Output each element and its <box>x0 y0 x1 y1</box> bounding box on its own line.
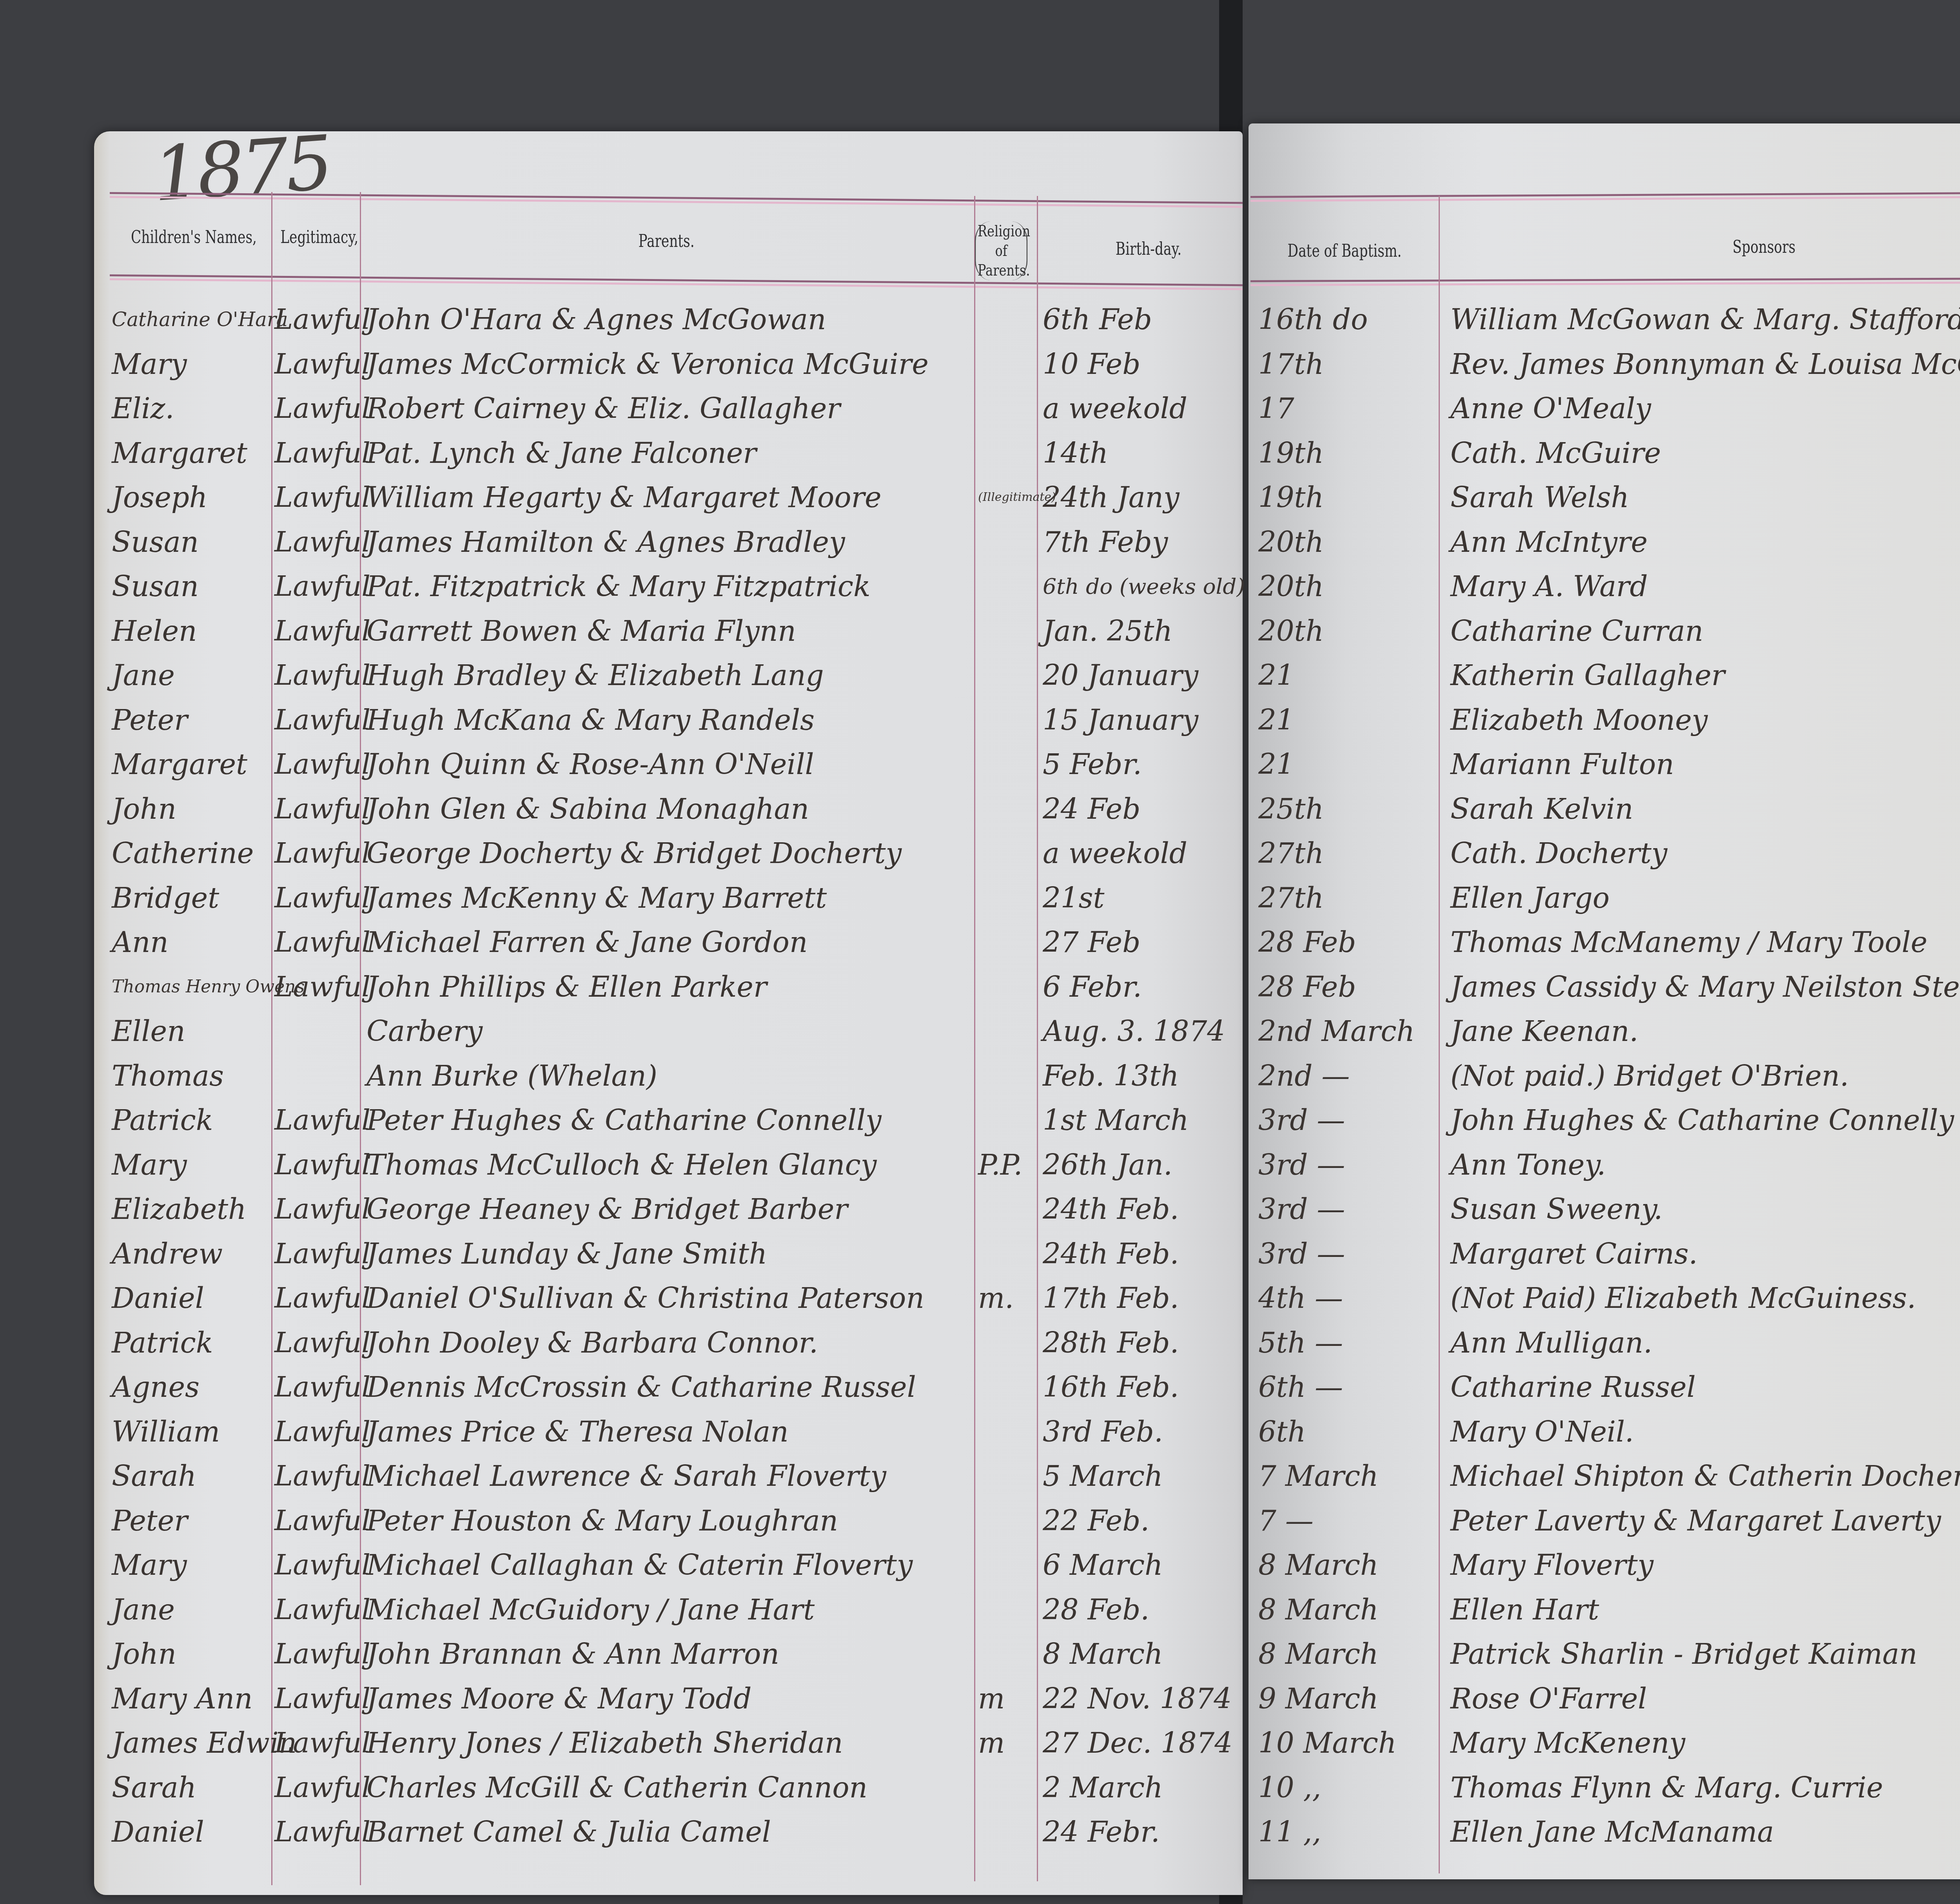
cell-parents: Michael Farren & Jane Gordon <box>367 925 808 960</box>
cell-child-name: Margaret <box>112 747 247 782</box>
cell-baptism-date: 20th <box>1258 524 1324 560</box>
cell-parents: Daniel O'Sullivan & Christina Paterson <box>367 1280 924 1316</box>
cell-child-name: Thomas <box>112 1058 224 1093</box>
cell-baptism-date: 3rd — <box>1258 1236 1345 1271</box>
cell-birthday: 5 Febr. <box>1043 747 1142 782</box>
cell-parents: Peter Houston & Mary Loughran <box>367 1503 838 1538</box>
cell-parents: Michael McGuidory / Jane Hart <box>367 1592 815 1627</box>
cell-parents: Dennis McCrossin & Catharine Russel <box>367 1369 916 1405</box>
cell-baptism-date: 3rd — <box>1258 1191 1345 1227</box>
cell-parents: John Dooley & Barbara Connor. <box>367 1325 818 1360</box>
cell-parents: John Brannan & Ann Marron <box>367 1636 779 1672</box>
header-religion-line2: of <box>978 241 1025 261</box>
cell-legitimacy: Lawful <box>274 836 370 871</box>
cell-birthday: 2 March <box>1043 1770 1163 1805</box>
cell-birthday: a weekold <box>1043 836 1187 871</box>
cell-birthday: 22 Nov. 1874 <box>1043 1681 1232 1716</box>
cell-parents: John Glen & Sabina Monaghan <box>367 791 809 827</box>
cell-birthday: 27 Feb <box>1043 925 1140 960</box>
cell-parents: James McKenny & Mary Barrett <box>367 880 827 916</box>
cell-parents: James Price & Theresa Nolan <box>367 1414 789 1449</box>
cell-sponsors: Cath. Docherty <box>1450 836 1668 871</box>
cell-parents: Hugh Bradley & Elizabeth Lang <box>367 658 824 693</box>
cell-parents: George Heaney & Bridget Barber <box>367 1191 848 1227</box>
cell-legitimacy: Lawful <box>274 524 370 560</box>
cell-birthday: 27 Dec. 1874 <box>1043 1725 1232 1761</box>
cell-baptism-date: 27th <box>1258 880 1324 916</box>
cell-child-name: Helen <box>112 613 197 649</box>
cell-sponsors: Mary A. Ward <box>1450 569 1648 604</box>
cell-parents: James McCormick & Veronica McGuire <box>367 346 929 382</box>
cell-legitimacy: Lawful <box>274 1325 370 1360</box>
cell-parents: Hugh McKana & Mary Randels <box>367 702 815 738</box>
cell-birthday: 17th Feb. <box>1043 1280 1179 1316</box>
cell-parents: Peter Hughes & Catharine Connelly <box>367 1103 882 1138</box>
cell-sponsors: Anne O'Mealy <box>1450 391 1651 426</box>
cell-legitimacy: Lawful <box>274 1147 370 1182</box>
cell-parents: James Lunday & Jane Smith <box>367 1236 767 1271</box>
cell-child-name: Peter <box>112 1503 188 1538</box>
cell-baptism-date: 25th <box>1258 791 1324 827</box>
cell-child-name: Patrick <box>112 1325 213 1360</box>
cell-legitimacy: Lawful <box>274 1280 370 1316</box>
cell-baptism-date: 8 March <box>1258 1592 1378 1627</box>
cell-sponsors: Mariann Fulton <box>1450 747 1674 782</box>
cell-birthday: 5 March <box>1043 1458 1163 1494</box>
cell-parents: Michael Callaghan & Caterin Floverty <box>367 1547 913 1583</box>
cell-parents: Ann Burke (Whelan) <box>367 1058 657 1093</box>
cell-sponsors: Patrick Sharlin - Bridget Kaiman <box>1450 1636 1917 1672</box>
cell-sponsors: (Not Paid) Elizabeth McGuiness. <box>1450 1280 1916 1316</box>
cell-birthday: 14th <box>1043 435 1108 471</box>
cell-parents: William Hegarty & Margaret Moore <box>367 480 882 515</box>
header-birthday: Birth-day. <box>1103 239 1194 259</box>
col-line-religion <box>974 196 975 1881</box>
cell-sponsors: Mary Floverty <box>1450 1547 1653 1583</box>
cell-child-name: Patrick <box>112 1103 213 1138</box>
cell-parents: John Quinn & Rose-Ann O'Neill <box>367 747 814 782</box>
cell-baptism-date: 8 March <box>1258 1636 1378 1672</box>
cell-religion: m <box>978 1725 1005 1761</box>
cell-legitimacy: Lawful <box>274 925 370 960</box>
cell-birthday: 28th Feb. <box>1043 1325 1179 1360</box>
cell-sponsors: John Hughes & Catharine Connelly <box>1450 1103 1954 1138</box>
cell-legitimacy: Lawful <box>274 1191 370 1227</box>
cell-sponsors: Margaret Cairns. <box>1450 1236 1698 1271</box>
register-year: 1875 <box>150 120 333 218</box>
cell-birthday: 24th Feb. <box>1043 1236 1179 1271</box>
cell-legitimacy: Lawful <box>274 880 370 916</box>
cell-baptism-date: 10 ,, <box>1258 1770 1321 1805</box>
cell-legitimacy: Lawful <box>274 1636 370 1672</box>
cell-sponsors: Sarah Kelvin <box>1450 791 1633 827</box>
cell-birthday: 6th Feb <box>1043 302 1152 337</box>
cell-baptism-date: 21 <box>1258 658 1294 693</box>
cell-baptism-date: 20th <box>1258 613 1324 649</box>
cell-birthday: 24th Jany <box>1043 480 1180 515</box>
cell-sponsors: Ellen Jane McManama <box>1450 1814 1774 1850</box>
header-date-of-baptism: Date of Baptism. <box>1280 241 1409 261</box>
cell-child-name: Ann <box>112 925 169 960</box>
cell-child-name: Agnes <box>112 1369 200 1405</box>
cell-baptism-date: 27th <box>1258 836 1324 871</box>
cell-baptism-date: 9 March <box>1258 1681 1378 1716</box>
cell-sponsors: Mary O'Neil. <box>1450 1414 1634 1449</box>
cell-birthday: 24th Feb. <box>1043 1191 1179 1227</box>
header-legitimacy: Legitimacy, <box>280 227 350 247</box>
cell-baptism-date: 19th <box>1258 480 1324 515</box>
cell-legitimacy: Lawful <box>274 1503 370 1538</box>
cell-legitimacy: Lawful <box>274 791 370 827</box>
cell-baptism-date: 21 <box>1258 747 1294 782</box>
cell-legitimacy: Lawful <box>274 1681 370 1716</box>
cell-baptism-date: 4th — <box>1258 1280 1343 1316</box>
cell-child-name: John <box>112 791 176 827</box>
header-children-names: Children's Names, <box>131 227 253 247</box>
cell-sponsors: Ellen Hart <box>1450 1592 1599 1627</box>
cell-birthday: Jan. 25th <box>1043 613 1172 649</box>
cell-baptism-date: 7 March <box>1258 1458 1378 1494</box>
cell-birthday: 24 Febr. <box>1043 1814 1160 1850</box>
cell-birthday: 26th Jan. <box>1043 1147 1172 1182</box>
cell-child-name: Ellen <box>112 1014 185 1049</box>
cell-legitimacy: Lawful <box>274 1547 370 1583</box>
cell-child-name: Susan <box>112 569 199 604</box>
cell-legitimacy: Lawful <box>274 1458 370 1494</box>
cell-child-name: John <box>112 1636 176 1672</box>
cell-child-name: William <box>112 1414 220 1449</box>
cell-birthday: a weekold <box>1043 391 1187 426</box>
cell-legitimacy: Lawful <box>274 1103 370 1138</box>
cell-legitimacy: Lawful <box>274 1592 370 1627</box>
cell-sponsors: Catharine Russel <box>1450 1369 1696 1405</box>
cell-baptism-date: 17th <box>1258 346 1324 382</box>
cell-legitimacy: Lawful <box>274 480 370 515</box>
cell-baptism-date: 11 ,, <box>1258 1814 1321 1850</box>
cell-baptism-date: 19th <box>1258 435 1324 471</box>
cell-sponsors: Catharine Curran <box>1450 613 1703 649</box>
cell-birthday: 24 Feb <box>1043 791 1140 827</box>
cell-baptism-date: 28 Feb <box>1258 969 1356 1005</box>
cell-sponsors: Ellen Jargo <box>1450 880 1610 916</box>
cell-birthday: 8 March <box>1043 1636 1163 1672</box>
cell-parents: Carbery <box>367 1014 483 1049</box>
cell-baptism-date: 2nd March <box>1258 1014 1415 1049</box>
cell-sponsors: Ann Mulligan. <box>1450 1325 1652 1360</box>
cell-parents: James Hamilton & Agnes Bradley <box>367 524 845 560</box>
cell-sponsors: Mary McKeneny <box>1450 1725 1685 1761</box>
cell-child-name: Mary <box>112 346 187 382</box>
cell-child-name: Mary <box>112 1147 187 1182</box>
cell-baptism-date: 10 March <box>1258 1725 1396 1761</box>
cell-sponsors: Cath. McGuire <box>1450 435 1661 471</box>
cell-legitimacy: Lawful <box>274 346 370 382</box>
cell-baptism-date: 6th — <box>1258 1369 1343 1405</box>
cell-birthday: 20 January <box>1043 658 1198 693</box>
cell-legitimacy: Lawful <box>274 569 370 604</box>
cell-sponsors: Rose O'Farrel <box>1450 1681 1647 1716</box>
cell-sponsors: Elizabeth Mooney <box>1450 702 1708 738</box>
cell-parents: George Docherty & Bridget Docherty <box>367 836 902 871</box>
cell-sponsors: (Not paid.) Bridget O'Brien. <box>1450 1058 1849 1093</box>
cell-legitimacy: Lawful <box>274 1236 370 1271</box>
cell-religion: P.P. <box>978 1147 1022 1182</box>
cell-child-name: Sarah <box>112 1458 196 1494</box>
cell-parents: Thomas McCulloch & Helen Glancy <box>367 1147 877 1182</box>
cell-baptism-date: 8 March <box>1258 1547 1378 1583</box>
cell-legitimacy: Lawful <box>274 1770 370 1805</box>
cell-baptism-date: 16th do <box>1258 302 1368 337</box>
cell-sponsors: Thomas McManemy / Mary Toole <box>1450 925 1927 960</box>
header-religion-of-parents: Religion of Parents. <box>975 221 1027 280</box>
cell-legitimacy: Lawful <box>274 302 370 337</box>
cell-child-name: Mary Ann <box>112 1681 252 1716</box>
cell-legitimacy: Lawful <box>274 969 370 1005</box>
cell-legitimacy: Lawful <box>274 391 370 426</box>
cell-baptism-date: 20th <box>1258 569 1324 604</box>
cell-birthday: 10 Feb <box>1043 346 1140 382</box>
cell-birthday: 22 Feb. <box>1043 1503 1149 1538</box>
cell-parents: John Phillips & Ellen Parker <box>367 969 767 1005</box>
cell-parents: Charles McGill & Catherin Cannon <box>367 1770 867 1805</box>
cell-sponsors: Peter Laverty & Margaret Laverty <box>1450 1503 1941 1538</box>
cell-child-name: Sarah <box>112 1770 196 1805</box>
cell-baptism-date: 17 <box>1258 391 1294 426</box>
cell-child-name: Jane <box>112 658 175 693</box>
col-line-sponsors <box>1439 196 1440 1873</box>
cell-child-name: Margaret <box>112 435 247 471</box>
cell-child-name: Daniel <box>112 1280 204 1316</box>
cell-sponsors: Michael Shipton & Catherin Docherty <box>1450 1458 1960 1494</box>
cell-sponsors: James Cassidy & Mary Neilston Steel <box>1450 969 1960 1005</box>
cell-baptism-date: 5th — <box>1258 1325 1343 1360</box>
cell-child-name: Catharine O'Hara <box>112 302 288 337</box>
cell-sponsors: Jane Keenan. <box>1450 1014 1638 1049</box>
cell-child-name: Bridget <box>112 880 219 916</box>
cell-child-name: Joseph <box>112 480 207 515</box>
cell-legitimacy: Lawful <box>274 613 370 649</box>
cell-birthday: 6th do (weeks old) <box>1043 569 1245 604</box>
cell-legitimacy: Lawful <box>274 1369 370 1405</box>
cell-baptism-date: 6th <box>1258 1414 1306 1449</box>
cell-legitimacy: Lawful <box>274 1814 370 1850</box>
header-religion-line3: Parents. <box>978 261 1025 280</box>
cell-child-name: Elizabeth <box>112 1191 246 1227</box>
cell-child-name: Susan <box>112 524 199 560</box>
cell-birthday: 16th Feb. <box>1043 1369 1179 1405</box>
cell-birthday: 28 Feb. <box>1043 1592 1149 1627</box>
cell-sponsors: Thomas Flynn & Marg. Currie <box>1450 1770 1883 1805</box>
cell-legitimacy: Lawful <box>274 1414 370 1449</box>
cell-birthday: Aug. 3. 1874 <box>1043 1014 1225 1049</box>
cell-sponsors: Ann Toney. <box>1450 1147 1606 1182</box>
cell-parents: Barnet Camel & Julia Camel <box>367 1814 771 1850</box>
cell-legitimacy: Lawful <box>274 1725 370 1761</box>
cell-child-name: Catherine <box>112 836 254 871</box>
cell-sponsors: Ann McIntyre <box>1450 524 1648 560</box>
cell-parents: Michael Lawrence & Sarah Floverty <box>367 1458 886 1494</box>
cell-birthday: 15 January <box>1043 702 1198 738</box>
cell-birthday: 6 March <box>1043 1547 1163 1583</box>
cell-religion: m <box>978 1681 1005 1716</box>
cell-child-name: Peter <box>112 702 188 738</box>
cell-parents: Pat. Lynch & Jane Falconer <box>367 435 757 471</box>
cell-birthday: 7th Feby <box>1043 524 1168 560</box>
cell-birthday: 3rd Feb. <box>1043 1414 1163 1449</box>
header-sponsors: Sponsors <box>1718 237 1810 257</box>
cell-legitimacy: Lawful <box>274 702 370 738</box>
cell-child-name: Andrew <box>112 1236 223 1271</box>
cell-parents: John O'Hara & Agnes McGowan <box>367 302 826 337</box>
cell-child-name: Mary <box>112 1547 187 1583</box>
cell-sponsors: Susan Sweeny. <box>1450 1191 1662 1227</box>
cell-sponsors: Rev. James Bonnyman & Louisa McGuire <box>1450 346 1960 382</box>
cell-parents: Robert Cairney & Eliz. Gallagher <box>367 391 840 426</box>
cell-child-name: Jane <box>112 1592 175 1627</box>
cell-birthday: Feb. 13th <box>1043 1058 1179 1093</box>
cell-birthday: 1st March <box>1043 1103 1189 1138</box>
cell-baptism-date: 21 <box>1258 702 1294 738</box>
cell-legitimacy: Lawful <box>274 435 370 471</box>
header-parents: Parents. <box>605 231 728 251</box>
cell-legitimacy: Lawful <box>274 747 370 782</box>
cell-baptism-date: 3rd — <box>1258 1147 1345 1182</box>
cell-birthday: 21st <box>1043 880 1105 916</box>
col-line-birthday <box>1037 196 1038 1881</box>
cell-birthday: 6 Febr. <box>1043 969 1142 1005</box>
cell-baptism-date: 3rd — <box>1258 1103 1345 1138</box>
cell-sponsors: William McGowan & Marg. Stafford <box>1450 302 1960 337</box>
cell-parents: Pat. Fitzpatrick & Mary Fitzpatrick <box>367 569 871 604</box>
cell-parents: James Moore & Mary Todd <box>367 1681 751 1716</box>
cell-legitimacy: Lawful <box>274 658 370 693</box>
cell-parents: Garrett Bowen & Maria Flynn <box>367 613 796 649</box>
cell-baptism-date: 7 — <box>1258 1503 1314 1538</box>
cell-child-name: James Edwin <box>112 1725 297 1761</box>
cell-child-name: Eliz. <box>112 391 174 426</box>
cell-child-name: Daniel <box>112 1814 204 1850</box>
header-religion-line1: Religion <box>978 221 1025 241</box>
cell-sponsors: Katherin Gallagher <box>1450 658 1725 693</box>
col-line-legitimacy <box>271 192 272 1885</box>
cell-sponsors: Sarah Welsh <box>1450 480 1629 515</box>
cell-baptism-date: 2nd — <box>1258 1058 1350 1093</box>
cell-parents: Henry Jones / Elizabeth Sheridan <box>367 1725 843 1761</box>
cell-baptism-date: 28 Feb <box>1258 925 1356 960</box>
cell-religion: m. <box>978 1280 1014 1316</box>
